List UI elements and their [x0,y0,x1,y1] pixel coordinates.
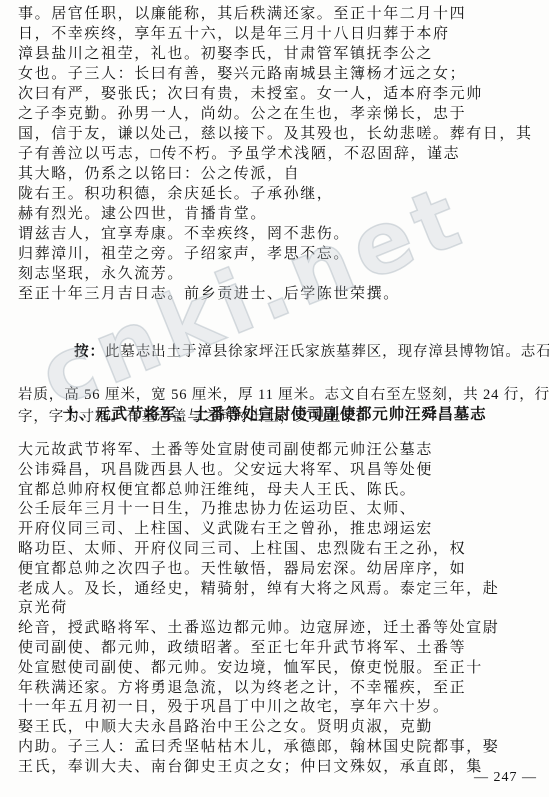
text-line: 其大略，仍系之以铭曰：公之传派，自 [18,164,539,184]
text-line: 之子李克勤。孙男一人，尚幼。公之在生也，孝亲悌长，忠于 [18,104,539,124]
section-heading: 十、元武节将军、土番等处宣尉使司副使都元帅汪舜昌墓志 [0,402,549,424]
text-line: 纶音，授武略将军、土番巡边都元帅。边寇屏迹，迁土番等处宣尉 [18,619,539,639]
epitaph-text-wang-shunchang: 大元故武节将军、土番等处宣尉使司副使都元帅汪公墓志 公讳舜昌，巩昌陇西县人也。父… [18,441,539,778]
text-line: 娶王氏，中顺大夫永昌路治中王公之女。贤明贞淑，克勤 [18,718,539,738]
text-line: 内助。子三人：孟曰秃坚帖枯木儿，承德郎，翰林国史院都事，娶 [18,738,539,758]
text-line: 公壬辰年三月十一日生，乃推忠协力佐运功臣、太师、 [18,500,539,520]
text-line: 老成人。及长，通经史，精骑射，绰有大将之风焉。泰定三年，赴 [18,580,539,600]
note-line: 按：此墓志出土于漳县徐家坪汪氏家族墓葬区，现存漳县博物馆。志石为灰 [18,320,539,385]
epitaph-text-continued: 事。居官任职，以廉能称，其后秩满还家。至正十年二月十四 日，不幸疾终，享年五十六… [18,4,539,304]
text-line: 事。居官任职，以廉能称，其后秩满还家。至正十年二月十四 [18,4,539,24]
text-line: 开府仪同三司、上柱国、义武陇右王之曾孙，推忠翊运宏 [18,520,539,540]
note-text: 此墓志出土于漳县徐家坪汪氏家族墓葬区，现存漳县博物馆。志石为灰 [105,344,549,360]
text-line: 次曰有严，娶张氏；次曰有贵，未授室。女一人，适本府李元帅 [18,84,539,104]
text-line: 刻志坚珉，永久流芳。 [18,264,539,284]
text-line: 国，信于友，谦以处己，慈以接下。及其殁也，长幼悲嗟。葬有日，其 [18,124,539,144]
text-line: 大元故武节将军、土番等处宣尉使司副使都元帅汪公墓志 [18,441,539,461]
text-line: 十一年五月初一日，殁于巩昌丁中川之故宅，享年六十岁。 [18,698,539,718]
text-line: 使司副使、都元帅，政绩昭著。至正七年升武节将军、土番等 [18,639,539,659]
text-line: 年秩满还家。方将勇退急流，以为终老之计，不幸罹疾，至正 [18,679,539,699]
text-line: 宜都总帅府权便宜都总帅汪维纯，母夫人王氏、陈氏。 [18,481,539,501]
text-line: 便宜都总帅之次四子也。天性敏悟，器局宏深。幼居庠序，如 [18,560,539,580]
text-line: 赫有烈光。逮公四世，肯播肯堂。 [18,204,539,224]
text-line: 日，不幸疾终，享年五十六，以是年三月十八日归葬于本府 [18,24,539,44]
page-number: — 247 — [474,770,537,786]
note-label: 按： [74,344,105,360]
text-line: 京光荷 [18,599,539,619]
text-line: 归葬漳川，祖茔之旁。子绍家声，孝思不忘。 [18,244,539,264]
text-line: 公讳舜昌，巩昌陇西县人也。父安远大将军、巩昌等处便 [18,461,539,481]
text-line: 谓兹吉人，宜享寿康。不幸疾终，罔不悲伤。 [18,224,539,244]
text-line: 处宣慰使司副使、都元帅。安边境，恤军民，僚吏悦服。至正十 [18,659,539,679]
text-line: 略功臣、太师、开府仪同三司、上柱国、忠烈陇右王之孙，权 [18,540,539,560]
text-line: 至正十年三月吉日志。前乡贡进士、后学陈世荣撰。 [18,284,539,304]
text-line: 女也。子三人：长曰有善，娶兴元路南城县主簿杨才远之女； [18,64,539,84]
text-line: 漳县盐川之祖茔，礼也。初娶李氏，甘肃管军镇抚李公之 [18,44,539,64]
text-line: 子有善泣以丐志，□传不朽。予虽学术浅陋，不忍固辞，谨志 [18,144,539,164]
book-page: cnki.net 事。居官任职，以廉能称，其后秩满还家。至正十年二月十四 日，不… [0,0,549,797]
text-line: 陇右王。积功积德，余庆延长。子承孙继， [18,184,539,204]
text-line: 王氏，奉训大夫、南台御史王贞之女；仲曰文殊奴，承直郎，集 [18,758,539,778]
